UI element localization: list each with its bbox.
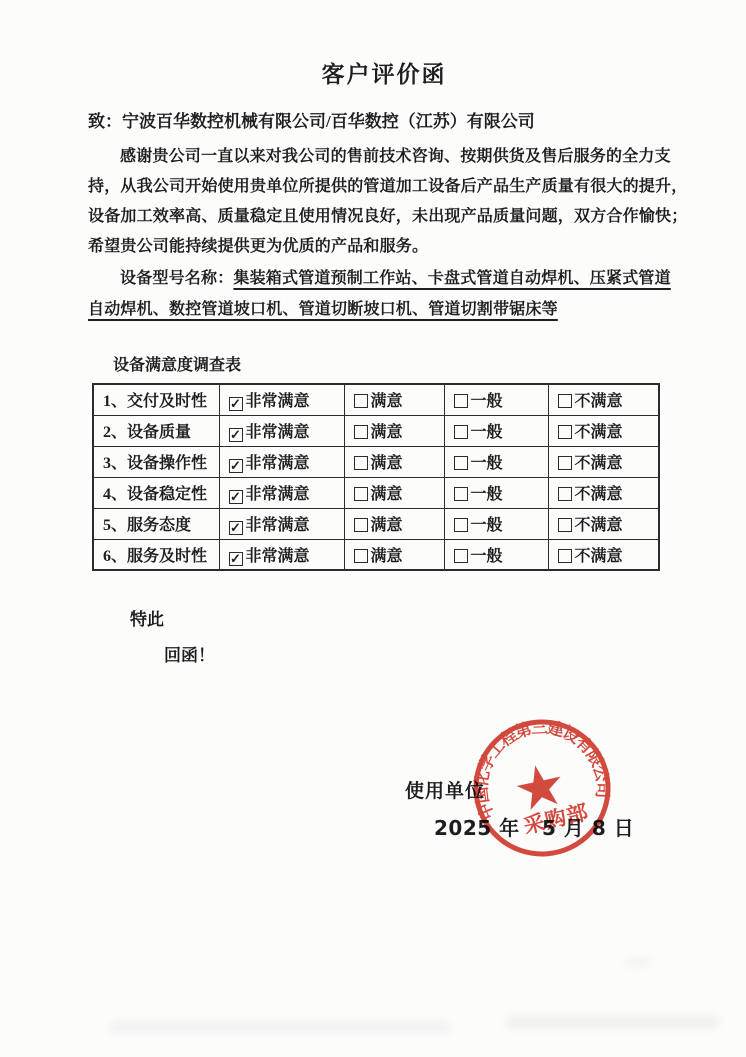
checkbox-checked-icon: ✓ [229,490,243,504]
body-paragraph-line: 希望贵公司能持续提供更为优质的产品和服务。 [88,232,680,262]
closing-phrase: 特此 [130,605,680,630]
survey-option-label: 不满意 [575,455,623,472]
survey-option-cell: 满意 [344,539,444,570]
letter-content: 客户评价函 致：宁波百华数控机械有限公司/百华数控（江苏）有限公司 感谢贵公司一… [0,0,746,666]
checkbox-checked-icon: ✓ [229,552,243,566]
checkbox-unchecked-icon [558,425,572,439]
survey-option-cell: ✓非常满意 [219,384,344,415]
checkbox-unchecked-icon [354,425,368,439]
survey-option-label: 满意 [371,548,403,565]
survey-option-cell: 满意 [344,446,444,477]
survey-option-label: 不满意 [575,548,623,565]
document-title: 客户评价函 [88,56,680,89]
scan-bleedthrough-artifact [625,958,651,966]
survey-row: 3、设备操作性✓非常满意满意一般不满意 [93,446,659,477]
checkbox-unchecked-icon [354,394,368,408]
survey-table-body: 1、交付及时性✓非常满意满意一般不满意2、设备质量✓非常满意满意一般不满意3、设… [93,384,659,570]
checkbox-unchecked-icon [454,549,468,563]
survey-option-label: 非常满意 [246,486,310,503]
checkbox-checked-icon: ✓ [229,397,243,411]
checkbox-checked-icon: ✓ [229,521,243,535]
survey-option-label: 一般 [471,455,503,472]
survey-option-label: 满意 [371,393,403,410]
survey-option-cell: 一般 [444,508,548,539]
survey-row: 6、服务及时性✓非常满意满意一般不满意 [93,539,659,570]
survey-option-cell: 不满意 [548,539,659,570]
survey-row-label: 2、设备质量 [93,415,219,446]
survey-row: 5、服务态度✓非常满意满意一般不满意 [93,508,659,539]
survey-option-label: 一般 [471,486,503,503]
survey-row-label: 4、设备稳定性 [93,477,219,508]
survey-option-cell: ✓非常满意 [219,477,344,508]
recipient-label: 致： [88,112,122,131]
checkbox-unchecked-icon [354,487,368,501]
survey-option-label: 不满意 [575,517,623,534]
body-paragraph-line: 感谢贵公司一直以来对我公司的售前技术咨询、按期供货及售后服务的全力支 [88,142,680,172]
company-stamp: 中国化学工程第三建设有限公司 ★ 采购部 [457,703,628,874]
equipment-names: 自动焊机、数控管道坡口机、管道切断坡口机、管道切割带锯床等 [88,301,558,318]
survey-option-label: 一般 [471,548,503,565]
checkbox-unchecked-icon [558,456,572,470]
survey-table-title: 设备满意度调查表 [113,352,680,375]
body-paragraph-line: 设备加工效率高、质量稳定且使用情况良好，未出现产品质量问题，双方合作愉快； [88,202,680,232]
equipment-label: 设备型号名称： [120,270,233,287]
scanned-letter-page: 客户评价函 致：宁波百华数控机械有限公司/百华数控（江苏）有限公司 感谢贵公司一… [0,0,746,1057]
survey-option-cell: 不满意 [548,508,659,539]
survey-option-cell: 满意 [344,415,444,446]
checkbox-unchecked-icon [454,487,468,501]
survey-option-cell: 不满意 [548,384,659,415]
checkbox-unchecked-icon [558,549,572,563]
equipment-model-line: 设备型号名称：集装箱式管道预制工作站、卡盘式管道自动焊机、压紧式管道 [88,263,680,294]
survey-option-label: 一般 [471,517,503,534]
survey-option-label: 满意 [371,517,403,534]
survey-option-label: 满意 [371,486,403,503]
equipment-model-line: 自动焊机、数控管道坡口机、管道切断坡口机、管道切割带锯床等 [88,294,680,325]
survey-option-label: 不满意 [575,424,623,441]
survey-option-cell: 满意 [344,477,444,508]
satisfaction-survey-table: 1、交付及时性✓非常满意满意一般不满意2、设备质量✓非常满意满意一般不满意3、设… [92,383,660,571]
survey-option-label: 一般 [471,424,503,441]
survey-row: 1、交付及时性✓非常满意满意一般不满意 [93,384,659,415]
checkbox-unchecked-icon [454,425,468,439]
survey-option-label: 一般 [471,393,503,410]
survey-option-cell: ✓非常满意 [219,415,344,446]
survey-row: 2、设备质量✓非常满意满意一般不满意 [93,415,659,446]
body-paragraph-line: 持，从我公司开始使用贵单位所提供的管道加工设备后产品生产质量有很大的提升， [88,172,680,202]
survey-option-cell: 满意 [344,508,444,539]
checkbox-unchecked-icon [454,456,468,470]
survey-option-cell: 不满意 [548,477,659,508]
checkbox-unchecked-icon [558,394,572,408]
survey-option-cell: 一般 [444,415,548,446]
equipment-names: 集装箱式管道预制工作站、卡盘式管道自动焊机、压紧式管道 [233,270,670,287]
survey-option-cell: 不满意 [548,415,659,446]
checkbox-unchecked-icon [454,518,468,532]
survey-option-label: 不满意 [575,486,623,503]
survey-row-label: 6、服务及时性 [93,539,219,570]
checkbox-unchecked-icon [354,518,368,532]
survey-option-label: 非常满意 [246,424,310,441]
survey-option-cell: ✓非常满意 [219,446,344,477]
survey-option-label: 非常满意 [246,455,310,472]
checkbox-unchecked-icon [558,487,572,501]
survey-option-cell: 不满意 [548,446,659,477]
survey-row-label: 5、服务态度 [93,508,219,539]
recipient-name: 宁波百华数控机械有限公司/百华数控（江苏）有限公司 [122,112,535,131]
closing-phrase: 回函！ [164,641,680,666]
survey-row-label: 3、设备操作性 [93,446,219,477]
survey-option-cell: 一般 [444,446,548,477]
checkbox-checked-icon: ✓ [229,428,243,442]
survey-option-label: 非常满意 [246,393,310,410]
checkbox-unchecked-icon [354,549,368,563]
survey-option-label: 非常满意 [246,517,310,534]
survey-option-cell: ✓非常满意 [219,508,344,539]
survey-option-cell: 满意 [344,384,444,415]
survey-option-label: 不满意 [575,393,623,410]
survey-option-cell: 一般 [444,384,548,415]
checkbox-unchecked-icon [354,456,368,470]
recipient-line: 致：宁波百华数控机械有限公司/百华数控（江苏）有限公司 [88,107,680,132]
survey-option-cell: 一般 [444,539,548,570]
company-stamp-graphic: 中国化学工程第三建设有限公司 ★ 采购部 [457,703,628,874]
scan-bleedthrough-artifact [110,1022,450,1033]
checkbox-checked-icon: ✓ [229,459,243,473]
survey-option-cell: 一般 [444,477,548,508]
survey-option-label: 满意 [371,455,403,472]
survey-row: 4、设备稳定性✓非常满意满意一般不满意 [93,477,659,508]
survey-option-label: 满意 [371,424,403,441]
survey-option-label: 非常满意 [246,548,310,565]
survey-option-cell: ✓非常满意 [219,539,344,570]
checkbox-unchecked-icon [558,518,572,532]
checkbox-unchecked-icon [454,394,468,408]
scan-bleedthrough-artifact [505,1016,720,1029]
survey-row-label: 1、交付及时性 [93,384,219,415]
